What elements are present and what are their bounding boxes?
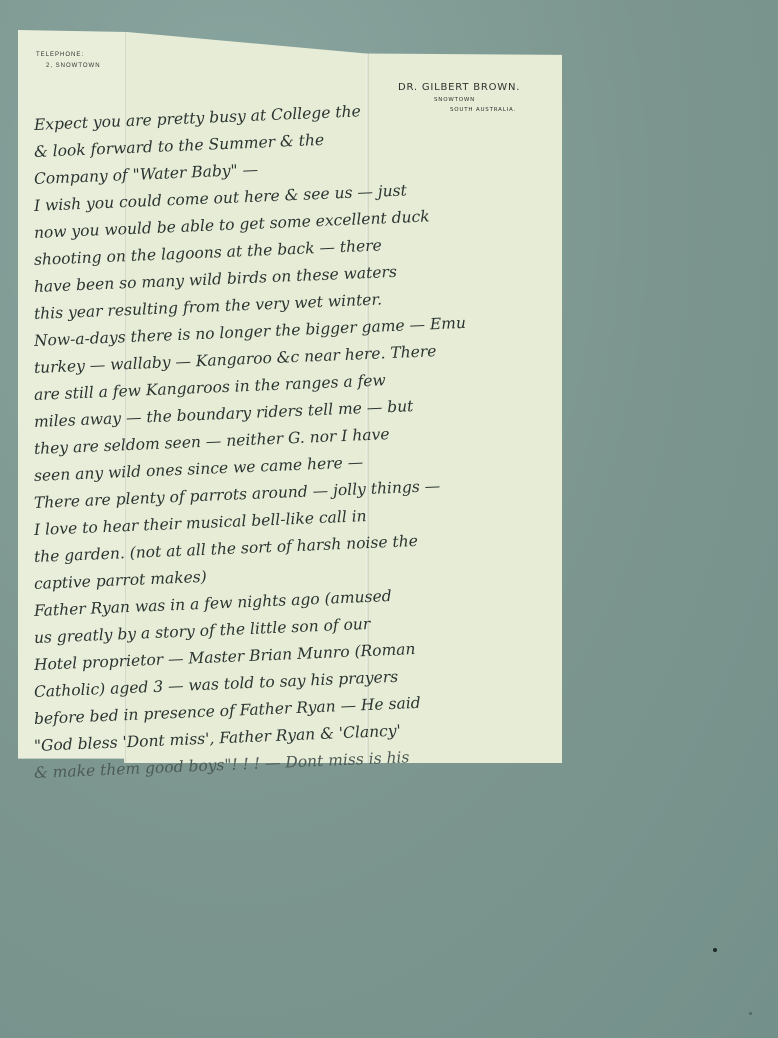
telephone-value: 2, SNOWTOWN <box>46 63 101 69</box>
letterhead-telephone: TELEPHONE: 2, SNOWTOWN <box>36 52 101 69</box>
telephone-label: TELEPHONE: <box>36 52 101 58</box>
dust-speck <box>713 948 717 952</box>
handwritten-body: Expect you are pretty busy at College th… <box>34 112 554 787</box>
dust-speck <box>749 1012 752 1015</box>
